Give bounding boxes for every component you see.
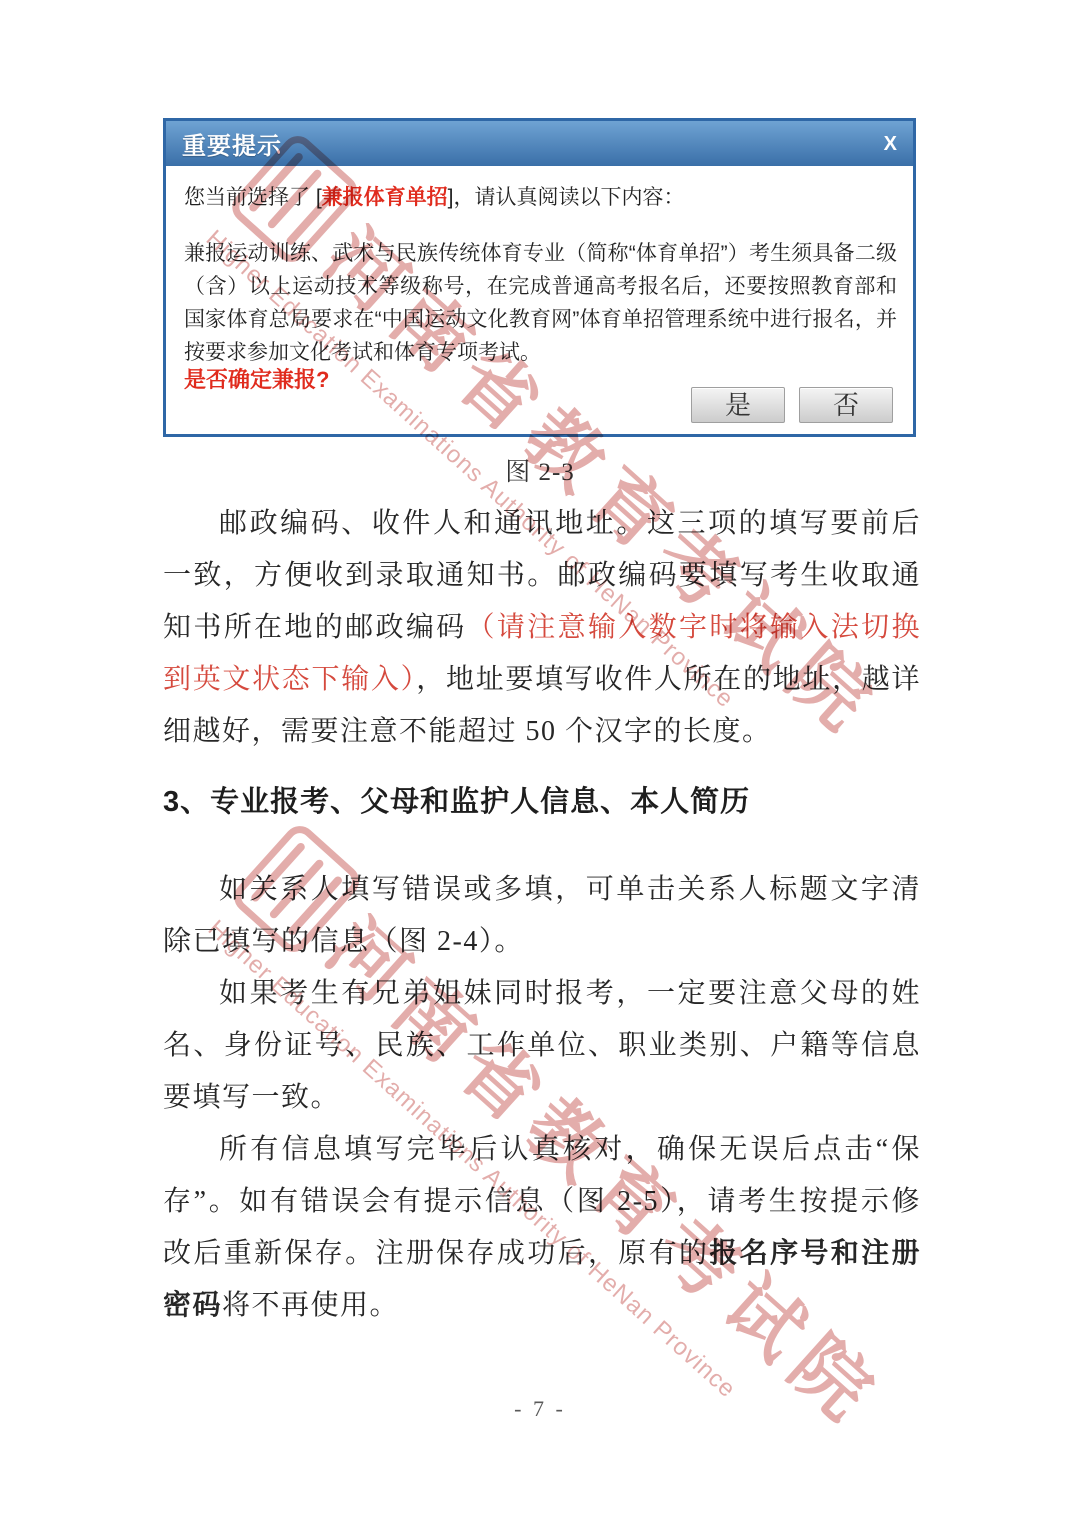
no-button[interactable]: 否 [799, 387, 893, 423]
important-notice-dialog: 重要提示 X 您当前选择了 [兼报体育单招]，请认真阅读以下内容： 兼报运动训练… [163, 118, 916, 437]
paragraph-contacts: 如关系人填写错误或多填，可单击关系人标题文字清除已填写的信息（图 2-4）。 [163, 864, 921, 968]
dialog-title: 重要提示 [182, 126, 282, 161]
dialog-intro-pre: 您当前选择了 [ [184, 186, 322, 209]
document-page: 河南省教育考试院 Higher Education Examinations A… [0, 0, 1080, 1527]
yes-button[interactable]: 是 [691, 387, 785, 423]
close-icon[interactable]: X [884, 134, 897, 154]
page-content: 邮政编码、收件人和通讯地址。这三项的填写要前后一致，方便收到录取通知书。邮政编码… [163, 498, 921, 1332]
dialog-titlebar: 重要提示 X [166, 121, 913, 166]
paragraph-save: 所有信息填写完毕后认真核对，确保无误后点击“保存”。如有错误会有提示信息（图 2… [163, 1124, 921, 1332]
paragraph-postal-code: 邮政编码、收件人和通讯地址。这三项的填写要前后一致，方便收到录取通知书。邮政编码… [163, 498, 921, 758]
dialog-intro-line: 您当前选择了 [兼报体育单招]，请认真阅读以下内容： [184, 181, 895, 211]
dialog-body-text: 兼报运动训练、武术与民族传统体育专业（简称“体育单招”）考生须具备二级（含）以上… [184, 237, 897, 369]
paragraph-save-post: 将不再使用。 [222, 1290, 399, 1321]
page-number: - 7 - [0, 1396, 1080, 1422]
figure-caption: 图 2-3 [0, 452, 1080, 488]
dialog-buttons: 是 否 [691, 387, 893, 423]
dialog-intro-post: ]，请认真阅读以下内容： [448, 186, 685, 209]
dialog-intro-highlight: 兼报体育单招 [322, 186, 448, 209]
section-heading: 3、专业报考、父母和监护人信息、本人简历 [163, 784, 921, 820]
paragraph-siblings: 如果考生有兄弟姐妹同时报考，一定要注意父母的姓名、身份证号、民族、工作单位、职业… [163, 968, 921, 1124]
dialog-question: 是否确定兼报? [184, 363, 329, 394]
